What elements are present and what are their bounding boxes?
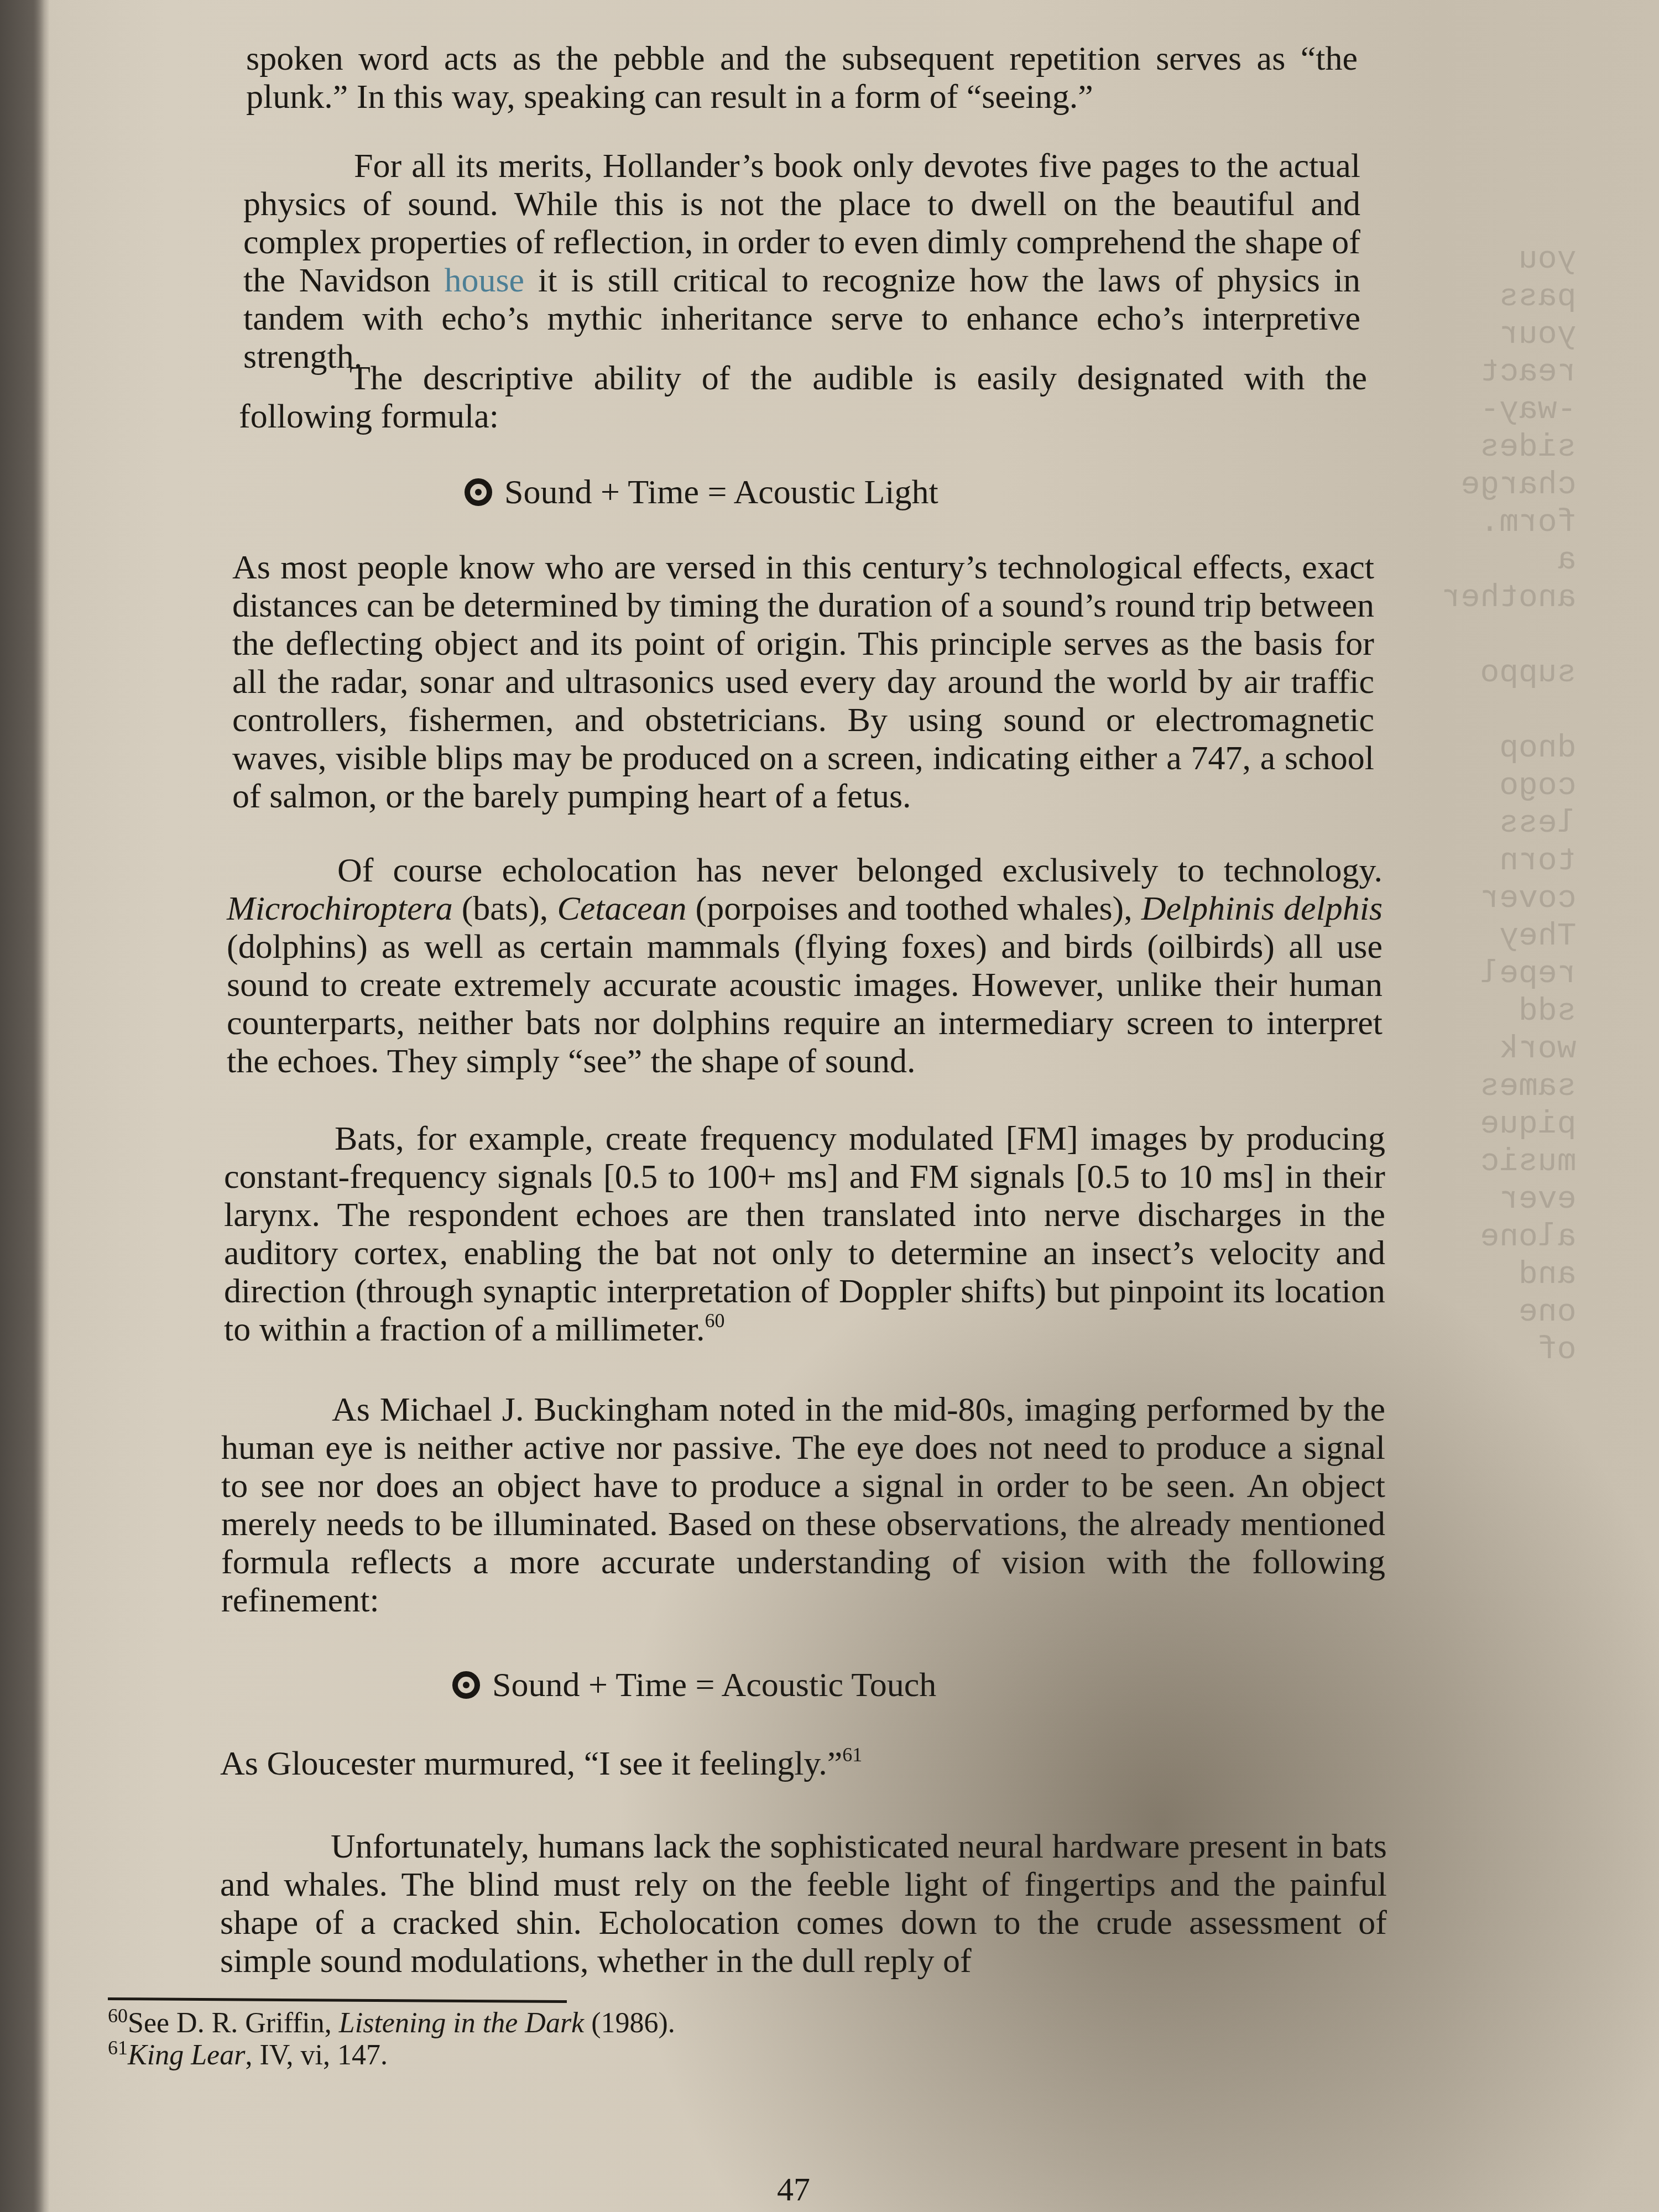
species-name: Cetacean	[557, 890, 686, 927]
paragraph-text: As most people know who are versed in th…	[232, 549, 1374, 816]
paragraph-text: As Gloucester murmured, “I see it feelin…	[220, 1745, 1381, 1783]
footnote-61: 61King Lear, IV, vi, 147.	[108, 2039, 675, 2072]
footnotes: 60See D. R. Griffin, Listening in the Da…	[108, 2007, 675, 2072]
paragraph-text: The descriptive ability of the audible i…	[239, 359, 1367, 436]
species-name: Delphinis delphis	[1141, 890, 1383, 927]
paragraph-versed: As most people know who are versed in th…	[232, 549, 1374, 816]
paragraph-text: Bats, for example, create frequency modu…	[224, 1120, 1385, 1349]
target-bullet-icon	[465, 478, 492, 506]
paragraph-descriptive: The descriptive ability of the audible i…	[239, 359, 1367, 436]
paragraph-gloucester: As Gloucester murmured, “I see it feelin…	[220, 1745, 1381, 1783]
footnote-ref-61[interactable]: 61	[842, 1744, 862, 1766]
paragraph-text: Of course echolocation has never belonge…	[227, 852, 1383, 1081]
formula-text: Sound + Time = Acoustic Light	[504, 473, 938, 512]
paragraph-buckingham: As Michael J. Buckingham noted in the mi…	[221, 1391, 1385, 1620]
house-link[interactable]: house	[444, 262, 524, 299]
target-bullet-icon	[452, 1671, 480, 1699]
spine-shadow	[0, 0, 44, 2212]
page-number: 47	[777, 2171, 810, 2209]
paragraph-text: For all its merits, Hollander’s book onl…	[243, 147, 1360, 376]
formula-acoustic-touch: Sound + Time = Acoustic Touch	[452, 1666, 936, 1704]
paragraph-hollander: For all its merits, Hollander’s book onl…	[243, 147, 1360, 376]
formula-acoustic-light: Sound + Time = Acoustic Light	[465, 473, 938, 512]
paragraph-carryover: spoken word acts as the pebble and the s…	[246, 40, 1358, 116]
paragraph-text: As Michael J. Buckingham noted in the mi…	[221, 1391, 1385, 1620]
paragraph-unfortunately: Unfortunately, humans lack the sophistic…	[220, 1828, 1387, 1980]
species-name: Microchiroptera	[227, 890, 453, 927]
footnote-divider	[108, 1997, 567, 2003]
paragraph-text: spoken word acts as the pebble and the s…	[246, 40, 1358, 116]
footnote-ref-60[interactable]: 60	[705, 1310, 724, 1332]
formula-text: Sound + Time = Acoustic Touch	[492, 1666, 936, 1704]
paragraph-echolocation: Of course echolocation has never belonge…	[227, 852, 1383, 1081]
bleed-through-text: you pass your react -way- sides charge f…	[1438, 166, 1615, 2101]
paragraph-bats: Bats, for example, create frequency modu…	[224, 1120, 1385, 1349]
footnote-60: 60See D. R. Griffin, Listening in the Da…	[108, 2007, 675, 2039]
book-page: you pass your react -way- sides charge f…	[0, 0, 1659, 2212]
paragraph-text: Unfortunately, humans lack the sophistic…	[220, 1828, 1387, 1980]
